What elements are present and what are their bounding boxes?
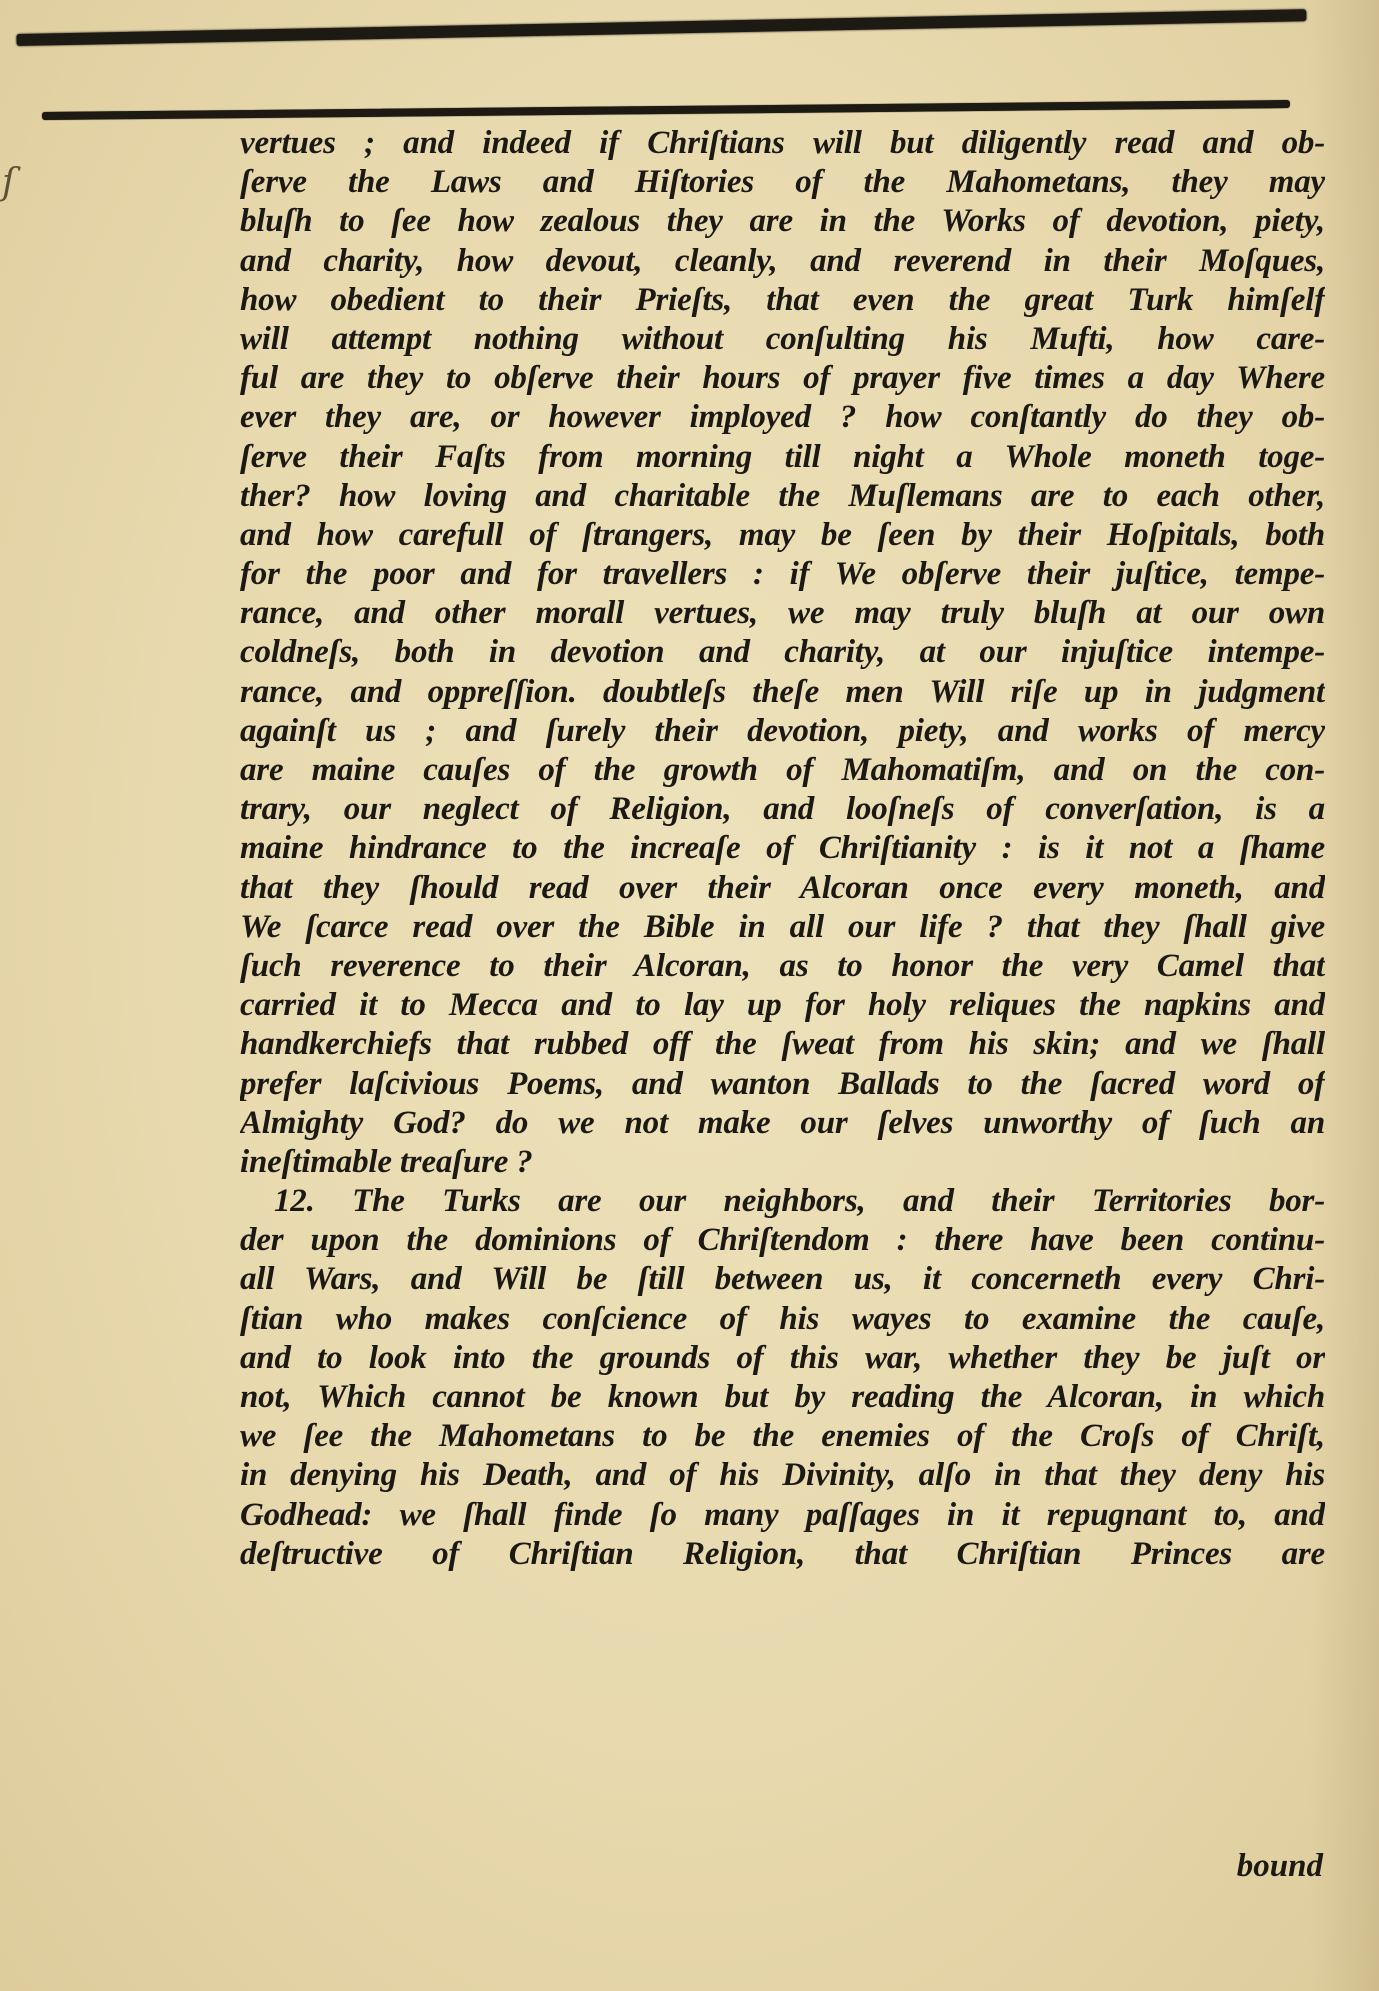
text-line: ever they are, or however imployed ? how… [240, 398, 1325, 437]
text-line: We ſcarce read over the Bible in all our… [240, 908, 1325, 947]
text-line: and how carefull of ſtrangers, may be ſe… [240, 516, 1325, 555]
book-page: ſ vertues ; and indeed if Chriſtians wil… [0, 0, 1379, 1991]
text-line: ful are they to obſerve their hours of p… [240, 359, 1325, 398]
paragraph-end-line: ineſtimable treaſure ? [240, 1143, 1325, 1182]
text-line: trary, our neglect of Religion, and looſ… [240, 790, 1325, 829]
text-line: Godhead: we ſhall finde ſo many paſſages… [240, 1496, 1325, 1535]
text-line: vertues ; and indeed if Chriſtians will … [240, 124, 1325, 163]
catchword: bound [1237, 1848, 1323, 1885]
text-line: that they ſhould read over their Alcoran… [240, 869, 1325, 908]
body-text: vertues ; and indeed if Chriſtians will … [240, 124, 1325, 1574]
text-line: ſerve the Laws and Hiſtories of the Maho… [240, 163, 1325, 202]
text-line: how obedient to their Prieſts, that even… [240, 281, 1325, 320]
text-line: prefer laſcivious Poems, and wanton Ball… [240, 1065, 1325, 1104]
text-line: ther? how loving and charitable the Muſl… [240, 477, 1325, 516]
text-line: carried it to Mecca and to lay up for ho… [240, 986, 1325, 1025]
text-line: bluſh to ſee how zealous they are in the… [240, 202, 1325, 241]
text-line: handkerchiefs that rubbed off the ſweat … [240, 1025, 1325, 1064]
text-line: will attempt nothing without conſulting … [240, 320, 1325, 359]
text-line: are maine cauſes of the growth of Mahoma… [240, 751, 1325, 790]
text-line: we ſee the Mahometans to be the enemies … [240, 1417, 1325, 1456]
text-line: ſtian who makes conſcience of his wayes … [240, 1300, 1325, 1339]
text-line: and to look into the grounds of this war… [240, 1339, 1325, 1378]
text-line: Almighty God? do we not make our ſelves … [240, 1104, 1325, 1143]
header-rule [42, 100, 1290, 120]
text-line: and charity, how devout, cleanly, and re… [240, 242, 1325, 281]
text-line: all Wars, and Will be ſtill between us, … [240, 1260, 1325, 1299]
section-12-first-line: 12. The Turks are our neighbors, and the… [240, 1182, 1325, 1221]
top-rule [16, 9, 1306, 46]
text-line: rance, and oppreſſion. doubtleſs theſe m… [240, 673, 1325, 712]
margin-mark: ſ [2, 162, 15, 203]
text-line: againſt us ; and ſurely their devotion, … [240, 712, 1325, 751]
text-line: ſerve their Faſts from morning till nigh… [240, 438, 1325, 477]
text-line: deſtructive of Chriſtian Religion, that … [240, 1535, 1325, 1574]
text-line: maine hindrance to the increaſe of Chriſ… [240, 829, 1325, 868]
text-line: coldneſs, both in devotion and charity, … [240, 633, 1325, 672]
text-line: in denying his Death, and of his Divinit… [240, 1456, 1325, 1495]
text-line: for the poor and for travellers : if We … [240, 555, 1325, 594]
text-line: rance, and other morall vertues, we may … [240, 594, 1325, 633]
text-line: ſuch reverence to their Alcoran, as to h… [240, 947, 1325, 986]
text-line: not, Which cannot be known but by readin… [240, 1378, 1325, 1417]
text-line: der upon the dominions of Chriſtendom : … [240, 1221, 1325, 1260]
